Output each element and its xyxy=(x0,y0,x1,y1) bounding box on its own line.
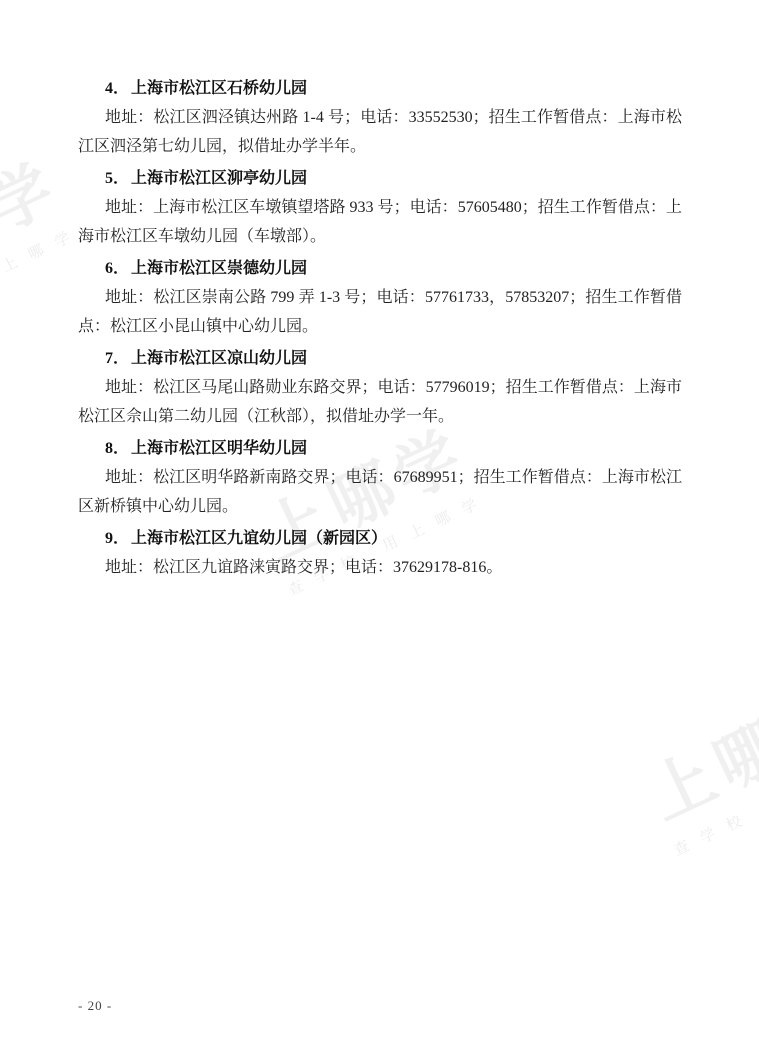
item-number: 8． xyxy=(105,440,129,457)
kindergarten-details: 地址：松江区明华路新南路交界；电话：67689951；招生工作暂借点：上海市松江… xyxy=(78,463,682,521)
kindergarten-heading: 4．上海市松江区石桥幼儿园 xyxy=(78,74,682,103)
kindergarten-details: 地址：松江区马尾山路勋业东路交界；电话：57796019；招生工作暂借点：上海市… xyxy=(78,373,682,431)
item-title: 上海市松江区石桥幼儿园 xyxy=(131,80,307,97)
watermark-rotated-group: 上哪学 查学校 用上哪学 xyxy=(0,153,85,332)
kindergarten-heading: 6．上海市松江区崇德幼儿园 xyxy=(78,254,682,283)
item-title: 上海市松江区泖亭幼儿园 xyxy=(131,170,307,187)
item-title: 上海市松江区明华幼儿园 xyxy=(131,440,307,457)
kindergarten-heading: 9．上海市松江区九谊幼儿园（新园区） xyxy=(78,524,682,553)
list-item-8: 8．上海市松江区明华幼儿园 地址：松江区明华路新南路交界；电话：67689951… xyxy=(78,434,682,521)
item-number: 6． xyxy=(105,260,129,277)
kindergarten-heading: 5．上海市松江区泖亭幼儿园 xyxy=(78,164,682,193)
item-number: 4． xyxy=(105,80,129,97)
kindergarten-heading: 8．上海市松江区明华幼儿园 xyxy=(78,434,682,463)
document-content: 4．上海市松江区石桥幼儿园 地址：松江区泗泾镇达州路 1-4 号；电话：3355… xyxy=(78,74,682,585)
item-title: 上海市松江区九谊幼儿园（新园区） xyxy=(131,530,387,547)
item-title: 上海市松江区凉山幼儿园 xyxy=(131,350,307,367)
kindergarten-details: 地址：上海市松江区车墩镇望塔路 933 号；电话：57605480；招生工作暂借… xyxy=(78,193,682,251)
item-number: 5． xyxy=(105,170,129,187)
watermark-bottom-right: 上哪学 查学校 用上哪学 xyxy=(648,722,759,818)
list-item-4: 4．上海市松江区石桥幼儿园 地址：松江区泗泾镇达州路 1-4 号；电话：3355… xyxy=(78,74,682,161)
watermark-rotated-group: 上哪学 查学校 用上哪学 xyxy=(638,680,759,859)
item-number: 7． xyxy=(105,350,129,367)
item-number: 9． xyxy=(105,530,129,547)
page-number: - 20 - xyxy=(78,998,112,1014)
kindergarten-details: 地址：松江区九谊路涞寅路交界；电话：37629178-816。 xyxy=(78,553,682,582)
list-item-9: 9．上海市松江区九谊幼儿园（新园区） 地址：松江区九谊路涞寅路交界；电话：376… xyxy=(78,524,682,582)
list-item-6: 6．上海市松江区崇德幼儿园 地址：松江区崇南公路 799 弄 1-3 号；电话：… xyxy=(78,254,682,341)
kindergarten-details: 地址：松江区泗泾镇达州路 1-4 号；电话：33552530；招生工作暂借点：上… xyxy=(78,103,682,161)
list-item-5: 5．上海市松江区泖亭幼儿园 地址：上海市松江区车墩镇望塔路 933 号；电话：5… xyxy=(78,164,682,251)
document-page: 上哪学 查学校 用上哪学 上哪学 查学校 用上哪学 上哪学 查学校 用上哪学 4… xyxy=(0,0,759,1053)
watermark-left: 上哪学 查学校 用上哪学 xyxy=(0,195,76,291)
kindergarten-details: 地址：松江区崇南公路 799 弄 1-3 号；电话：57761733，57853… xyxy=(78,283,682,341)
watermark-big-text: 上哪学 xyxy=(638,680,759,831)
item-title: 上海市松江区崇德幼儿园 xyxy=(131,260,307,277)
kindergarten-heading: 7．上海市松江区凉山幼儿园 xyxy=(78,344,682,373)
watermark-big-text: 上哪学 xyxy=(0,153,72,304)
list-item-7: 7．上海市松江区凉山幼儿园 地址：松江区马尾山路勋业东路交界；电话：577960… xyxy=(78,344,682,431)
